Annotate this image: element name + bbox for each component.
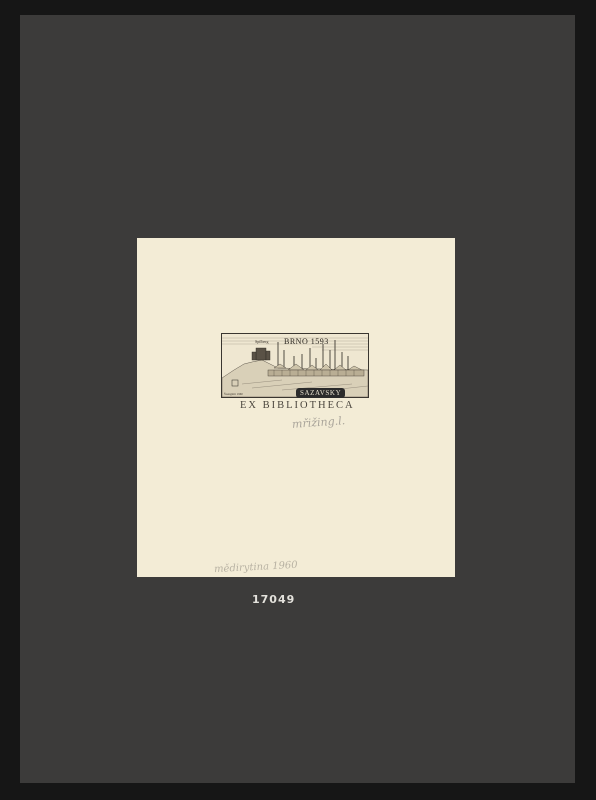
engraver-signature: Švengsbír 1960 (224, 392, 243, 396)
ex-libris-inscription: EX BIBLIOTHECA (240, 400, 355, 411)
owner-name-badge: SAZAVSKY (296, 388, 345, 398)
landmark-label: Spilberg (255, 339, 268, 344)
city-title: BRNO 1593 (284, 337, 329, 346)
engraved-plate: Spilberg BRNO 1593 Švengsbír 1960 (221, 333, 369, 398)
inventory-number: 17049 (252, 593, 295, 606)
